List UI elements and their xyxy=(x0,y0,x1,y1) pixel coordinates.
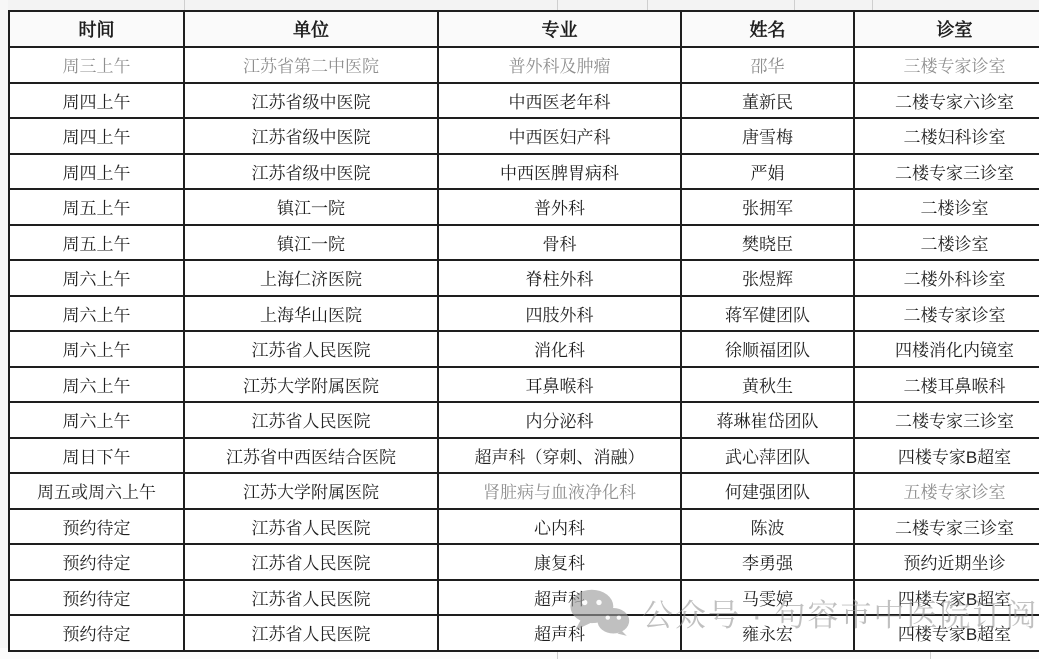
table-cell: 预约待定 xyxy=(9,544,184,580)
table-cell: 耳鼻喉科 xyxy=(438,367,681,403)
table-row: 周六上午江苏省人民医院内分泌科蒋琳崔岱团队二楼专家三诊室 xyxy=(9,402,1039,438)
table-cell: 蒋军健团队 xyxy=(681,296,854,332)
table-cell: 江苏大学附属医院 xyxy=(184,473,438,509)
table-cell: 二楼专家三诊室 xyxy=(854,509,1039,545)
table-cell: 五楼专家诊室 xyxy=(854,473,1039,509)
table-row: 周六上午上海华山医院四肢外科蒋军健团队二楼专家诊室 xyxy=(9,296,1039,332)
table-cell: 张煜辉 xyxy=(681,260,854,296)
table-cell: 四楼专家B超室 xyxy=(854,438,1039,474)
table-cell: 张拥军 xyxy=(681,189,854,225)
table-cell: 上海仁济医院 xyxy=(184,260,438,296)
table-row: 周四上午江苏省级中医院中西医老年科董新民二楼专家六诊室 xyxy=(9,83,1039,119)
table-cell: 周三上午 xyxy=(9,47,184,83)
table-row: 预约待定江苏省人民医院心内科陈波二楼专家三诊室 xyxy=(9,509,1039,545)
table-cell: 二楼耳鼻喉科 xyxy=(854,367,1039,403)
table-cell: 周六上午 xyxy=(9,367,184,403)
table-cell: 周日下午 xyxy=(9,438,184,474)
table-cell: 江苏省中西医结合医院 xyxy=(184,438,438,474)
table-cell: 超声科（穿刺、消融） xyxy=(438,438,681,474)
table-cell: 周四上午 xyxy=(9,154,184,190)
table-cell: 镇江一院 xyxy=(184,189,438,225)
table-cell: 预约待定 xyxy=(9,580,184,616)
table-cell: 中西医脾胃病科 xyxy=(438,154,681,190)
table-cell: 陈波 xyxy=(681,509,854,545)
table-cell: 邵华 xyxy=(681,47,854,83)
table-cell: 普外科及肿瘤 xyxy=(438,47,681,83)
table-cell: 内分泌科 xyxy=(438,402,681,438)
table-cell: 周五上午 xyxy=(9,225,184,261)
schedule-table-body: 周三上午江苏省第二中医院普外科及肿瘤邵华三楼专家诊室周四上午江苏省级中医院中西医… xyxy=(9,47,1039,651)
cropped-row-above xyxy=(0,0,1039,10)
table-cell: 二楼诊室 xyxy=(854,225,1039,261)
table-cell: 二楼专家六诊室 xyxy=(854,83,1039,119)
table-cell: 江苏省人民医院 xyxy=(184,509,438,545)
table-cell: 江苏大学附属医院 xyxy=(184,367,438,403)
table-cell: 四楼专家B超室 xyxy=(854,580,1039,616)
table-cell: 樊晓臣 xyxy=(681,225,854,261)
table-cell: 二楼外科诊室 xyxy=(854,260,1039,296)
table-cell: 雍永宏 xyxy=(681,615,854,651)
table-cell: 江苏省人民医院 xyxy=(184,544,438,580)
table-cell: 超声科 xyxy=(438,615,681,651)
table-cell: 江苏省人民医院 xyxy=(184,402,438,438)
cropped-column-left xyxy=(0,0,8,659)
table-cell: 李勇强 xyxy=(681,544,854,580)
table-cell: 唐雪梅 xyxy=(681,118,854,154)
table-cell: 超声科 xyxy=(438,580,681,616)
table-cell: 周六上午 xyxy=(9,402,184,438)
header-row: 时间 单位 专业 姓名 诊室 xyxy=(9,11,1039,47)
table-cell: 四楼专家B超室 xyxy=(854,615,1039,651)
table-cell: 马雯婷 xyxy=(681,580,854,616)
table-cell: 周六上午 xyxy=(9,331,184,367)
column-header-name: 姓名 xyxy=(681,11,854,47)
table-cell: 预约近期坐诊 xyxy=(854,544,1039,580)
table-cell: 二楼专家三诊室 xyxy=(854,402,1039,438)
table-cell: 周六上午 xyxy=(9,260,184,296)
table-row: 周日下午江苏省中西医结合医院超声科（穿刺、消融）武心萍团队四楼专家B超室 xyxy=(9,438,1039,474)
table-cell: 上海华山医院 xyxy=(184,296,438,332)
table-row: 预约待定江苏省人民医院超声科雍永宏四楼专家B超室 xyxy=(9,615,1039,651)
schedule-table: 时间 单位 专业 姓名 诊室 周三上午江苏省第二中医院普外科及肿瘤邵华三楼专家诊… xyxy=(8,10,1039,652)
table-cell: 脊柱外科 xyxy=(438,260,681,296)
table-cell: 蒋琳崔岱团队 xyxy=(681,402,854,438)
table-cell: 严娟 xyxy=(681,154,854,190)
table-cell: 心内科 xyxy=(438,509,681,545)
table-row: 周六上午江苏大学附属医院耳鼻喉科黄秋生二楼耳鼻喉科 xyxy=(9,367,1039,403)
table-row: 周五上午镇江一院骨科樊晓臣二楼诊室 xyxy=(9,225,1039,261)
table-cell: 中西医妇产科 xyxy=(438,118,681,154)
table-cell: 骨科 xyxy=(438,225,681,261)
column-header-unit: 单位 xyxy=(184,11,438,47)
table-cell: 中西医老年科 xyxy=(438,83,681,119)
table-cell: 四肢外科 xyxy=(438,296,681,332)
table-row: 周四上午江苏省级中医院中西医妇产科唐雪梅二楼妇科诊室 xyxy=(9,118,1039,154)
table-row: 周四上午江苏省级中医院中西医脾胃病科严娟二楼专家三诊室 xyxy=(9,154,1039,190)
table-cell: 二楼专家三诊室 xyxy=(854,154,1039,190)
table-cell: 普外科 xyxy=(438,189,681,225)
table-row: 周五或周六上午江苏大学附属医院肾脏病与血液净化科何建强团队五楼专家诊室 xyxy=(9,473,1039,509)
table-cell: 周六上午 xyxy=(9,296,184,332)
table-cell: 二楼妇科诊室 xyxy=(854,118,1039,154)
table-cell: 二楼诊室 xyxy=(854,189,1039,225)
column-header-specialty: 专业 xyxy=(438,11,681,47)
table-cell: 预约待定 xyxy=(9,509,184,545)
table-cell: 黄秋生 xyxy=(681,367,854,403)
table-cell: 镇江一院 xyxy=(184,225,438,261)
table-row: 周六上午江苏省人民医院消化科徐顺福团队四楼消化内镜室 xyxy=(9,331,1039,367)
table-cell: 预约待定 xyxy=(9,615,184,651)
table-cell: 徐顺福团队 xyxy=(681,331,854,367)
table-cell: 江苏省第二中医院 xyxy=(184,47,438,83)
table-cell: 周五上午 xyxy=(9,189,184,225)
table-cell: 江苏省人民医院 xyxy=(184,331,438,367)
table-cell: 周四上午 xyxy=(9,83,184,119)
table-cell: 二楼专家诊室 xyxy=(854,296,1039,332)
table-cell: 江苏省人民医院 xyxy=(184,615,438,651)
table-row: 周五上午镇江一院普外科张拥军二楼诊室 xyxy=(9,189,1039,225)
table-cell: 江苏省级中医院 xyxy=(184,83,438,119)
table-cell: 肾脏病与血液净化科 xyxy=(438,473,681,509)
table-cell: 周四上午 xyxy=(9,118,184,154)
table-cell: 江苏省人民医院 xyxy=(184,580,438,616)
table-row: 周三上午江苏省第二中医院普外科及肿瘤邵华三楼专家诊室 xyxy=(9,47,1039,83)
column-header-time: 时间 xyxy=(9,11,184,47)
table-row: 周六上午上海仁济医院脊柱外科张煜辉二楼外科诊室 xyxy=(9,260,1039,296)
column-header-room: 诊室 xyxy=(854,11,1039,47)
table-cell: 江苏省级中医院 xyxy=(184,118,438,154)
table-cell: 四楼消化内镜室 xyxy=(854,331,1039,367)
table-cell: 江苏省级中医院 xyxy=(184,154,438,190)
table-cell: 武心萍团队 xyxy=(681,438,854,474)
table-cell: 董新民 xyxy=(681,83,854,119)
table-row: 预约待定江苏省人民医院康复科李勇强预约近期坐诊 xyxy=(9,544,1039,580)
table-cell: 何建强团队 xyxy=(681,473,854,509)
table-cell: 三楼专家诊室 xyxy=(854,47,1039,83)
table-cell: 康复科 xyxy=(438,544,681,580)
table-cell: 消化科 xyxy=(438,331,681,367)
table-row: 预约待定江苏省人民医院超声科马雯婷四楼专家B超室 xyxy=(9,580,1039,616)
table-cell: 周五或周六上午 xyxy=(9,473,184,509)
